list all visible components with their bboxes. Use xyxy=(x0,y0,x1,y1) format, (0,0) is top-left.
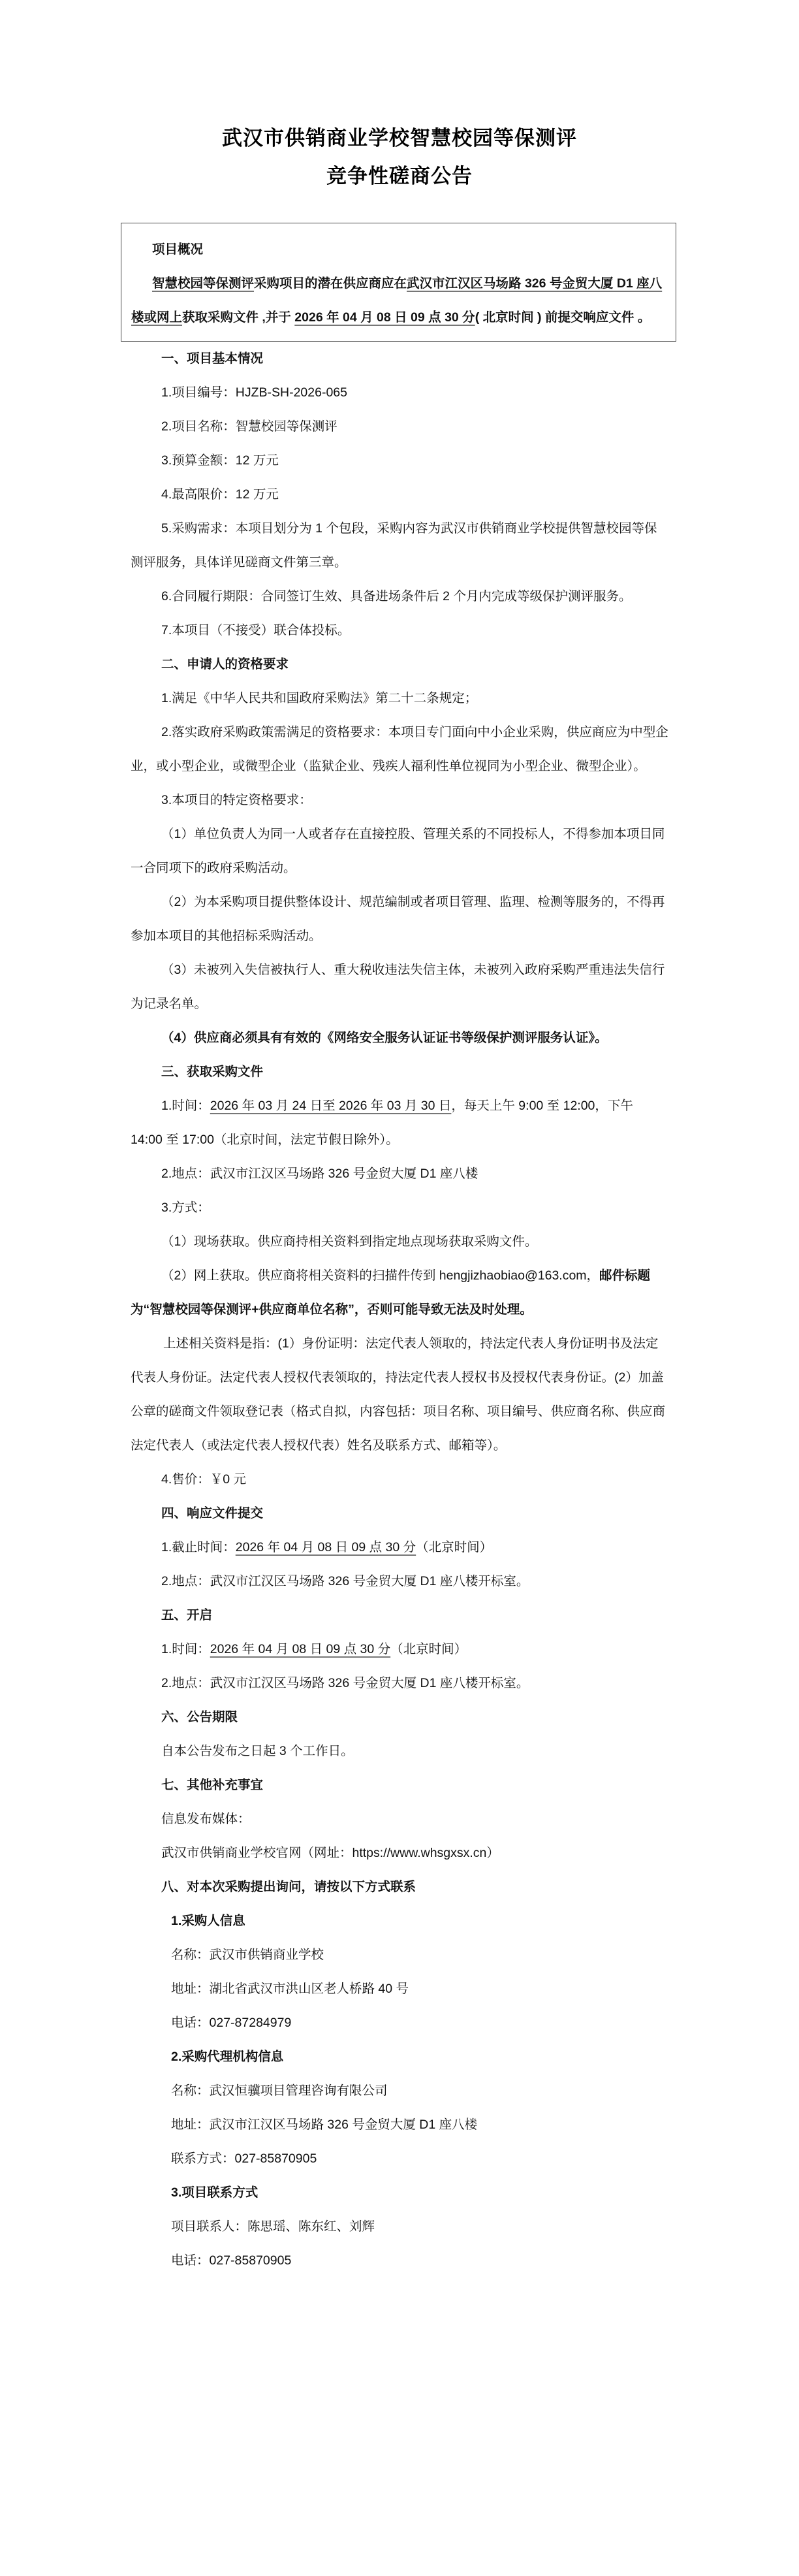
section2-item: 3.本项目的特定资格要求： xyxy=(131,783,668,817)
section3-method: 3.方式： xyxy=(131,1191,668,1225)
section1-item: 3.预算金额：12 万元 xyxy=(131,443,668,477)
section3-time-range: 2026 年 03 月 24 日至 2026 年 03 月 30 日 xyxy=(210,1099,452,1113)
section3-materials: 上述相关资料是指：(1）身份证明：法定代表人领取的，持法定代表人身份证明书及法定… xyxy=(131,1327,668,1462)
section1-item: 7.本项目（不接受）联合体投标。 xyxy=(131,613,668,647)
overview-deadline: 2026 年 04 月 08 日 09 点 30 分 xyxy=(294,310,475,325)
overview-heading: 项目概况 xyxy=(131,233,676,266)
section1-item: 6.合同履行期限：合同签订生效、具备进场条件后 2 个月内完成等级保护测评服务。 xyxy=(131,579,668,613)
section3-price: 4.售价：￥0 元 xyxy=(131,1462,668,1496)
purchaser-name: 名称：武汉市供销商业学校 xyxy=(131,1938,668,1972)
section7-heading: 七、其他补充事宜 xyxy=(131,1768,668,1802)
agency-address: 地址：武汉市江汉区马场路 326 号金贸大厦 D1 座八楼 xyxy=(131,2108,668,2142)
overview-text: 智慧校园等保测评采购项目的潜在供应商应在武汉市江汉区马场路 326 号金贸大厦 … xyxy=(131,266,676,334)
section3-heading: 三、获取采购文件 xyxy=(131,1055,668,1089)
section1-item: 2.项目名称：智慧校园等保测评 xyxy=(131,410,668,443)
section2-item: 1.满足《中华人民共和国政府采购法》第二十二条规定； xyxy=(131,681,668,715)
project-overview-box: 项目概况 智慧校园等保测评采购项目的潜在供应商应在武汉市江汉区马场路 326 号… xyxy=(121,223,676,342)
purchaser-address: 地址：湖北省武汉市洪山区老人桥路 40 号 xyxy=(131,1972,668,2006)
section2-item: （1）单位负责人为同一人或者存在直接控股、管理关系的不同投标人，不得参加本项目同… xyxy=(131,817,668,885)
section7-media-label: 信息发布媒体： xyxy=(131,1802,668,1836)
project-contact-phone: 电话：027-85870905 xyxy=(131,2244,668,2278)
section1-item: 5.采购需求：本项目划分为 1 个包段，采购内容为武汉市供销商业学校提供智慧校园… xyxy=(131,511,668,579)
section7-media: 武汉市供销商业学校官网（网址：https://www.whsgxsx.cn） xyxy=(131,1836,668,1870)
section3-online: （2）网上获取。供应商将相关资料的扫描件传到 hengjizhaobiao@16… xyxy=(131,1259,668,1327)
section4-heading: 四、响应文件提交 xyxy=(131,1496,668,1530)
purchaser-phone: 电话：027-87284979 xyxy=(131,2006,668,2040)
section6-text: 自本公告发布之日起 3 个工作日。 xyxy=(131,1734,668,1768)
section3-place: 2.地点：武汉市江汉区马场路 326 号金贸大厦 D1 座八楼 xyxy=(131,1157,668,1191)
section8-heading: 八、对本次采购提出询问，请按以下方式联系 xyxy=(131,1870,668,1904)
section2-heading: 二、申请人的资格要求 xyxy=(131,647,668,681)
document-title-line2: 竞争性磋商公告 xyxy=(131,159,668,189)
document-body: 项目概况 智慧校园等保测评采购项目的潜在供应商应在武汉市江汉区马场路 326 号… xyxy=(131,223,668,2278)
section1-item: 4.最高限价：12 万元 xyxy=(131,477,668,511)
section5-place: 2.地点：武汉市江汉区马场路 326 号金贸大厦 D1 座八楼开标室。 xyxy=(131,1666,668,1700)
project-contact-heading: 3.项目联系方式 xyxy=(131,2176,668,2210)
section2-item: （2）为本采购项目提供整体设计、规范编制或者项目管理、监理、检测等服务的，不得再… xyxy=(131,885,668,953)
section4-place: 2.地点：武汉市江汉区马场路 326 号金贸大厦 D1 座八楼开标室。 xyxy=(131,1564,668,1598)
section1-item: 1.项目编号：HJZB-SH-2026-065 xyxy=(131,376,668,410)
section3-onsite: （1）现场获取。供应商持相关资料到指定地点现场获取采购文件。 xyxy=(131,1225,668,1259)
agency-heading: 2.采购代理机构信息 xyxy=(131,2040,668,2074)
section4-deadline-time: 2026 年 04 月 08 日 09 点 30 分 xyxy=(236,1540,416,1554)
section2-item: 2.落实政府采购政策需满足的资格要求：本项目专门面向中小企业采购，供应商应为中型… xyxy=(131,715,668,783)
agency-name: 名称：武汉恒骥项目管理咨询有限公司 xyxy=(131,2074,668,2108)
agency-contact: 联系方式：027-85870905 xyxy=(131,2142,668,2176)
purchaser-heading: 1.采购人信息 xyxy=(131,1904,668,1938)
overview-project-name: 智慧校园等保测评 xyxy=(152,276,254,291)
section3-time: 1.时间：2026 年 03 月 24 日至 2026 年 03 月 30 日，… xyxy=(131,1089,668,1157)
section4-deadline: 1.截止时间：2026 年 04 月 08 日 09 点 30 分（北京时间） xyxy=(131,1530,668,1564)
section5-heading: 五、开启 xyxy=(131,1598,668,1632)
section5-time: 1.时间：2026 年 04 月 08 日 09 点 30 分（北京时间） xyxy=(131,1632,668,1666)
section1-heading: 一、项目基本情况 xyxy=(131,342,668,376)
document-title-line1: 武汉市供销商业学校智慧校园等保测评 xyxy=(131,121,668,151)
section5-opening-time: 2026 年 04 月 08 日 09 点 30 分 xyxy=(210,1642,390,1656)
section2-certificate-requirement: （4）供应商必须具有有效的《网络安全服务认证证书等级保护测评服务认证》。 xyxy=(131,1021,668,1055)
section2-item: （3）未被列入失信被执行人、重大税收违法失信主体，未被列入政府采购严重违法失信行… xyxy=(131,953,668,1021)
section6-heading: 六、公告期限 xyxy=(131,1700,668,1734)
project-contact-people: 项目联系人：陈思瑶、陈东红、刘辉 xyxy=(131,2210,668,2244)
